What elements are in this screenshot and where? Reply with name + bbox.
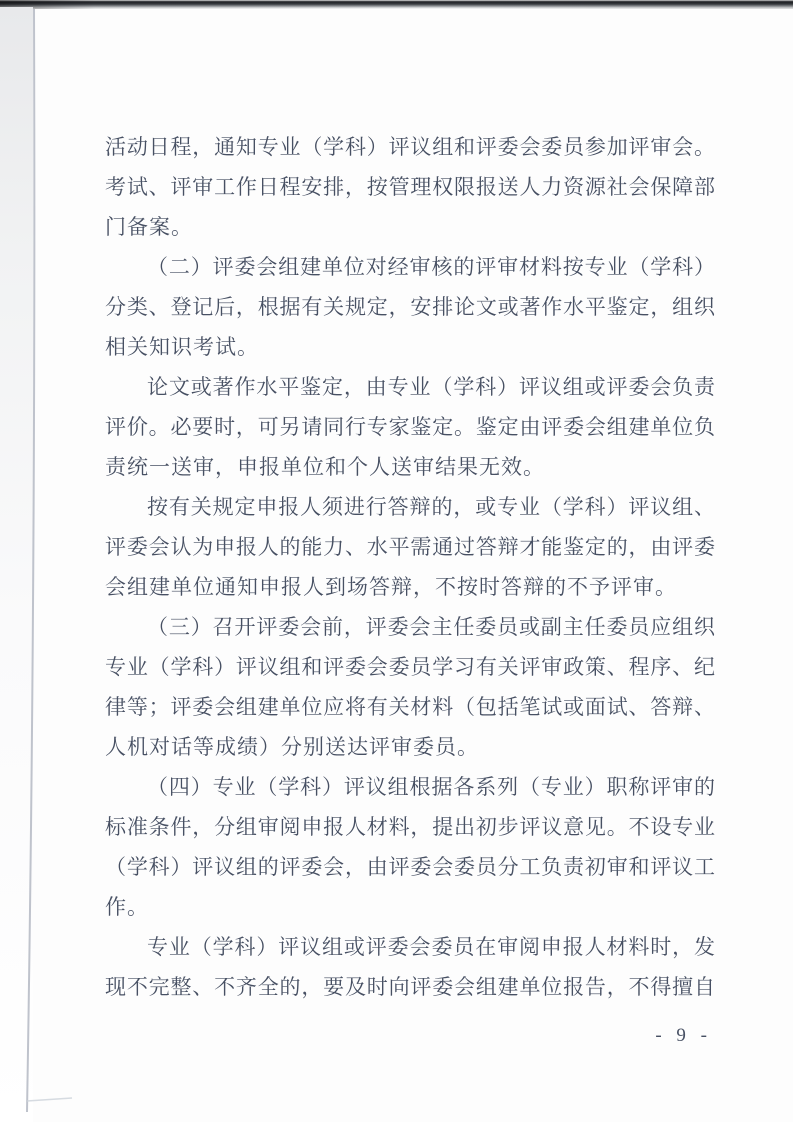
text-line: （三）召开评委会前，评委会主任委员或副主任委员应组织 xyxy=(105,607,715,647)
text-line: 考试、评审工作日程安排，按管理权限报送人力资源社会保障部 xyxy=(105,167,715,207)
text-line: 活动日程，通知专业（学科）评议组和评委会委员参加评审会。 xyxy=(105,127,715,167)
text-line: 标准条件，分组审阅申报人材料，提出初步评议意见。不设专业 xyxy=(105,807,715,847)
page-number: - 9 - xyxy=(655,1022,712,1050)
text-line: 会组建单位通知申报人到场答辩，不按时答辩的不予评审。 xyxy=(105,567,715,607)
text-line: 人机对话等成绩）分别送达评审委员。 xyxy=(105,727,715,767)
text-line: 责统一送审，申报单位和个人送审结果无效。 xyxy=(105,447,715,487)
text-line: 评委会认为申报人的能力、水平需通过答辩才能鉴定的，由评委 xyxy=(105,527,715,567)
text-line: 现不完整、不齐全的，要及时向评委会组建单位报告，不得擅自 xyxy=(105,967,715,1007)
text-line: 专业（学科）评议组或评委会委员在审阅申报人材料时，发 xyxy=(105,927,715,967)
text-line: （二）评委会组建单位对经审核的评审材料按专业（学科） xyxy=(105,247,715,287)
scanned-page: 活动日程，通知专业（学科）评议组和评委会委员参加评审会。 考试、评审工作日程安排… xyxy=(0,0,793,1122)
text-line: 专业（学科）评议组和评委会委员学习有关评审政策、程序、纪 xyxy=(105,647,715,687)
text-line: 按有关规定申报人须进行答辩的，或专业（学科）评议组、 xyxy=(105,487,715,527)
text-line: 作。 xyxy=(105,887,715,927)
text-line: （学科）评议组的评委会，由评委会委员分工负责初审和评议工 xyxy=(105,847,715,887)
text-line: 分类、登记后，根据有关规定，安排论文或著作水平鉴定，组织 xyxy=(105,287,715,327)
text-line: 相关知识考试。 xyxy=(105,327,715,367)
document-body: 活动日程，通知专业（学科）评议组和评委会委员参加评审会。 考试、评审工作日程安排… xyxy=(105,127,715,1007)
text-line: （四）专业（学科）评议组根据各系列（专业）职称评审的 xyxy=(105,767,715,807)
text-line: 律等；评委会组建单位应将有关材料（包括笔试或面试、答辩、 xyxy=(105,687,715,727)
text-line: 评价。必要时，可另请同行专家鉴定。鉴定由评委会组建单位负 xyxy=(105,407,715,447)
paper-fold-line xyxy=(0,0,90,1122)
scan-top-edge xyxy=(0,0,793,9)
text-line: 门备案。 xyxy=(105,207,715,247)
text-line: 论文或著作水平鉴定，由专业（学科）评议组或评委会负责 xyxy=(105,367,715,407)
